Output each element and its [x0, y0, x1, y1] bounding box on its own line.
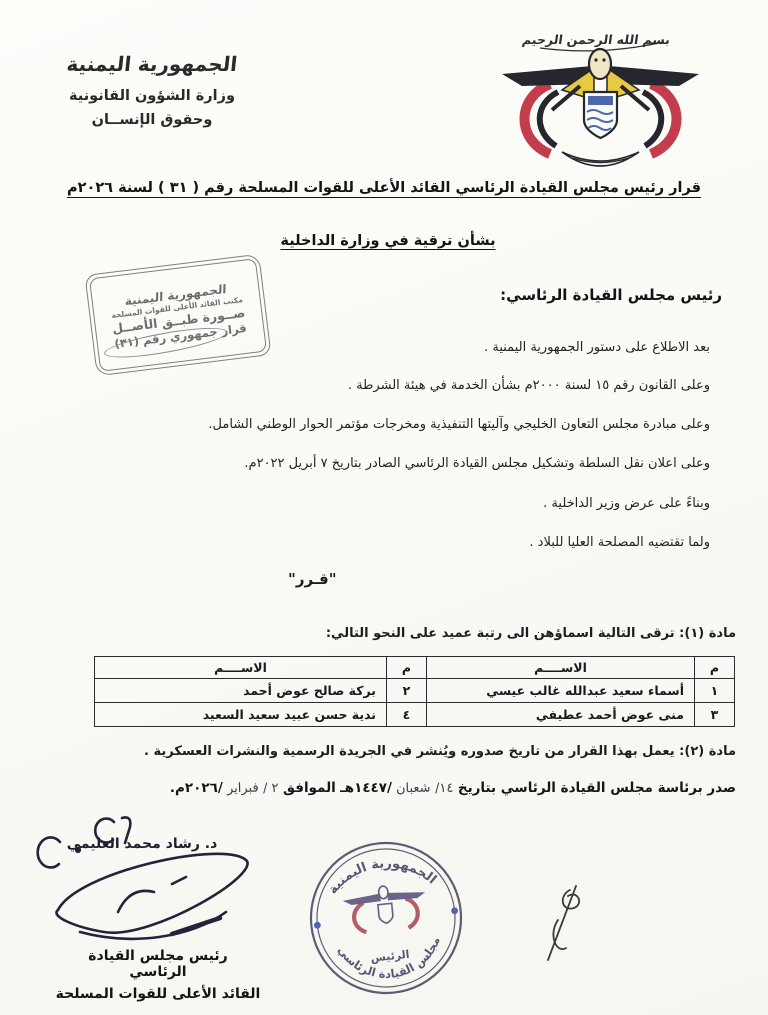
preamble-clause: بعد الاطلاع على دستور الجمهورية اليمنية … — [484, 340, 710, 355]
article-1-text: مادة (١): ترقى التالية اسماؤهن الى رتبة … — [326, 626, 736, 641]
national-emblem: بسم الله الرحمن الرحيم — [488, 12, 713, 177]
table-header-row: م الاســــم م الاســــم — [95, 657, 735, 679]
secondary-signature-scrawl — [532, 882, 592, 972]
col-header-name: الاســــم — [95, 657, 387, 679]
promoted-name: أسماء سعيد عبدالله غالب عيسي — [427, 679, 695, 703]
promoted-name: ندية حسن عبيد سعيد السعيد — [95, 703, 387, 727]
gregorian-day-handwritten: ٢ / — [263, 781, 279, 796]
row-number: ١ — [695, 679, 735, 703]
signer-title-2: القائد الأعلى للقوات المسلحة — [48, 986, 268, 1002]
signature-ink-icon — [22, 812, 272, 962]
signature-scrawl — [22, 812, 272, 962]
promoted-name: بركة صالح عوض أحمد — [95, 679, 387, 703]
republic-name-calligraphy: الجمهورية اليمنية — [51, 52, 254, 76]
yemen-eagle-emblem-icon: بسم الله الرحمن الرحيم — [488, 12, 713, 177]
hijri-day-handwritten: ١٤/ — [435, 781, 454, 796]
preamble-clause: وبناءً على عرض وزير الداخلية . — [543, 496, 710, 511]
table-row: ١ أسماء سعيد عبدالله غالب عيسي ٢ بركة صا… — [95, 679, 735, 703]
gregorian-year: /٢٠٢٦م. — [170, 780, 223, 796]
row-number: ٣ — [695, 703, 735, 727]
stamp-center-text: الرئيس — [370, 948, 410, 965]
preamble-clause: ولما تقتضيه المصلحة العليا للبلاد . — [529, 535, 710, 550]
article-2-text: مادة (٢): يعمل بهذا القرار من تاريخ صدور… — [144, 744, 736, 759]
row-number: ٢ — [387, 679, 427, 703]
hijri-month-handwritten: شعبان — [396, 781, 431, 797]
official-round-stamp: الجمهورية اليمنية مجلس القيادة الرئاسي ا… — [305, 838, 467, 998]
decree-word: "قـرر" — [288, 570, 337, 588]
gregorian-month-handwritten: فبراير — [227, 781, 259, 797]
col-header-name: الاســــم — [427, 657, 695, 679]
ministry-header-block: الجمهورية اليمنية وزارة الشؤون القانونية… — [52, 52, 252, 132]
small-ink-icon — [532, 882, 592, 972]
ministry-name: وزارة الشؤون القانونية — [52, 84, 252, 108]
col-header-num: م — [387, 657, 427, 679]
decree-title: قرار رئيس مجلس القيادة الرئاسي القائد ال… — [28, 180, 740, 196]
preamble-clause: وعلى مبادرة مجلس التعاون الخليجي وآليتها… — [208, 417, 710, 432]
issuance-prefix: صدر برئاسة مجلس القيادة الرئاسي بتاريخ — [458, 780, 736, 796]
decree-subject: بشأن ترقية في وزارة الداخلية — [208, 233, 568, 249]
decree-document-page: الجمهورية اليمنية وزارة الشؤون القانونية… — [0, 0, 768, 1015]
hijri-year: /١٤٤٧هـ — [340, 780, 392, 796]
promotion-table: م الاســــم م الاســــم ١ أسماء سعيد عبد… — [95, 656, 735, 727]
round-stamp-icon: الجمهورية اليمنية مجلس القيادة الرئاسي ا… — [305, 838, 467, 998]
col-header-num: م — [695, 657, 735, 679]
human-rights-line: وحقوق الإنســان — [52, 108, 252, 132]
muwafiq-word: الموافق — [283, 780, 336, 796]
certified-copy-stamp: الجمهورية اليمنية مكتب القائد الأعلى للق… — [84, 254, 271, 377]
preamble-clause: وعلى القانون رقم ١٥ لسنة ٢٠٠٠م بشأن الخد… — [348, 378, 710, 393]
promoted-name: منى عوض أحمد عطيفي — [427, 703, 695, 727]
table-row: ٣ منى عوض أحمد عطيفي ٤ ندية حسن عبيد سعي… — [95, 703, 735, 727]
preamble-clause: وعلى اعلان نقل السلطة وتشكيل مجلس القياد… — [244, 456, 710, 471]
preamble-heading: رئيس مجلس القيادة الرئاسي: — [500, 286, 722, 304]
issuance-date-line: صدر برئاسة مجلس القيادة الرئاسي بتاريخ ١… — [170, 780, 736, 796]
row-number: ٤ — [387, 703, 427, 727]
